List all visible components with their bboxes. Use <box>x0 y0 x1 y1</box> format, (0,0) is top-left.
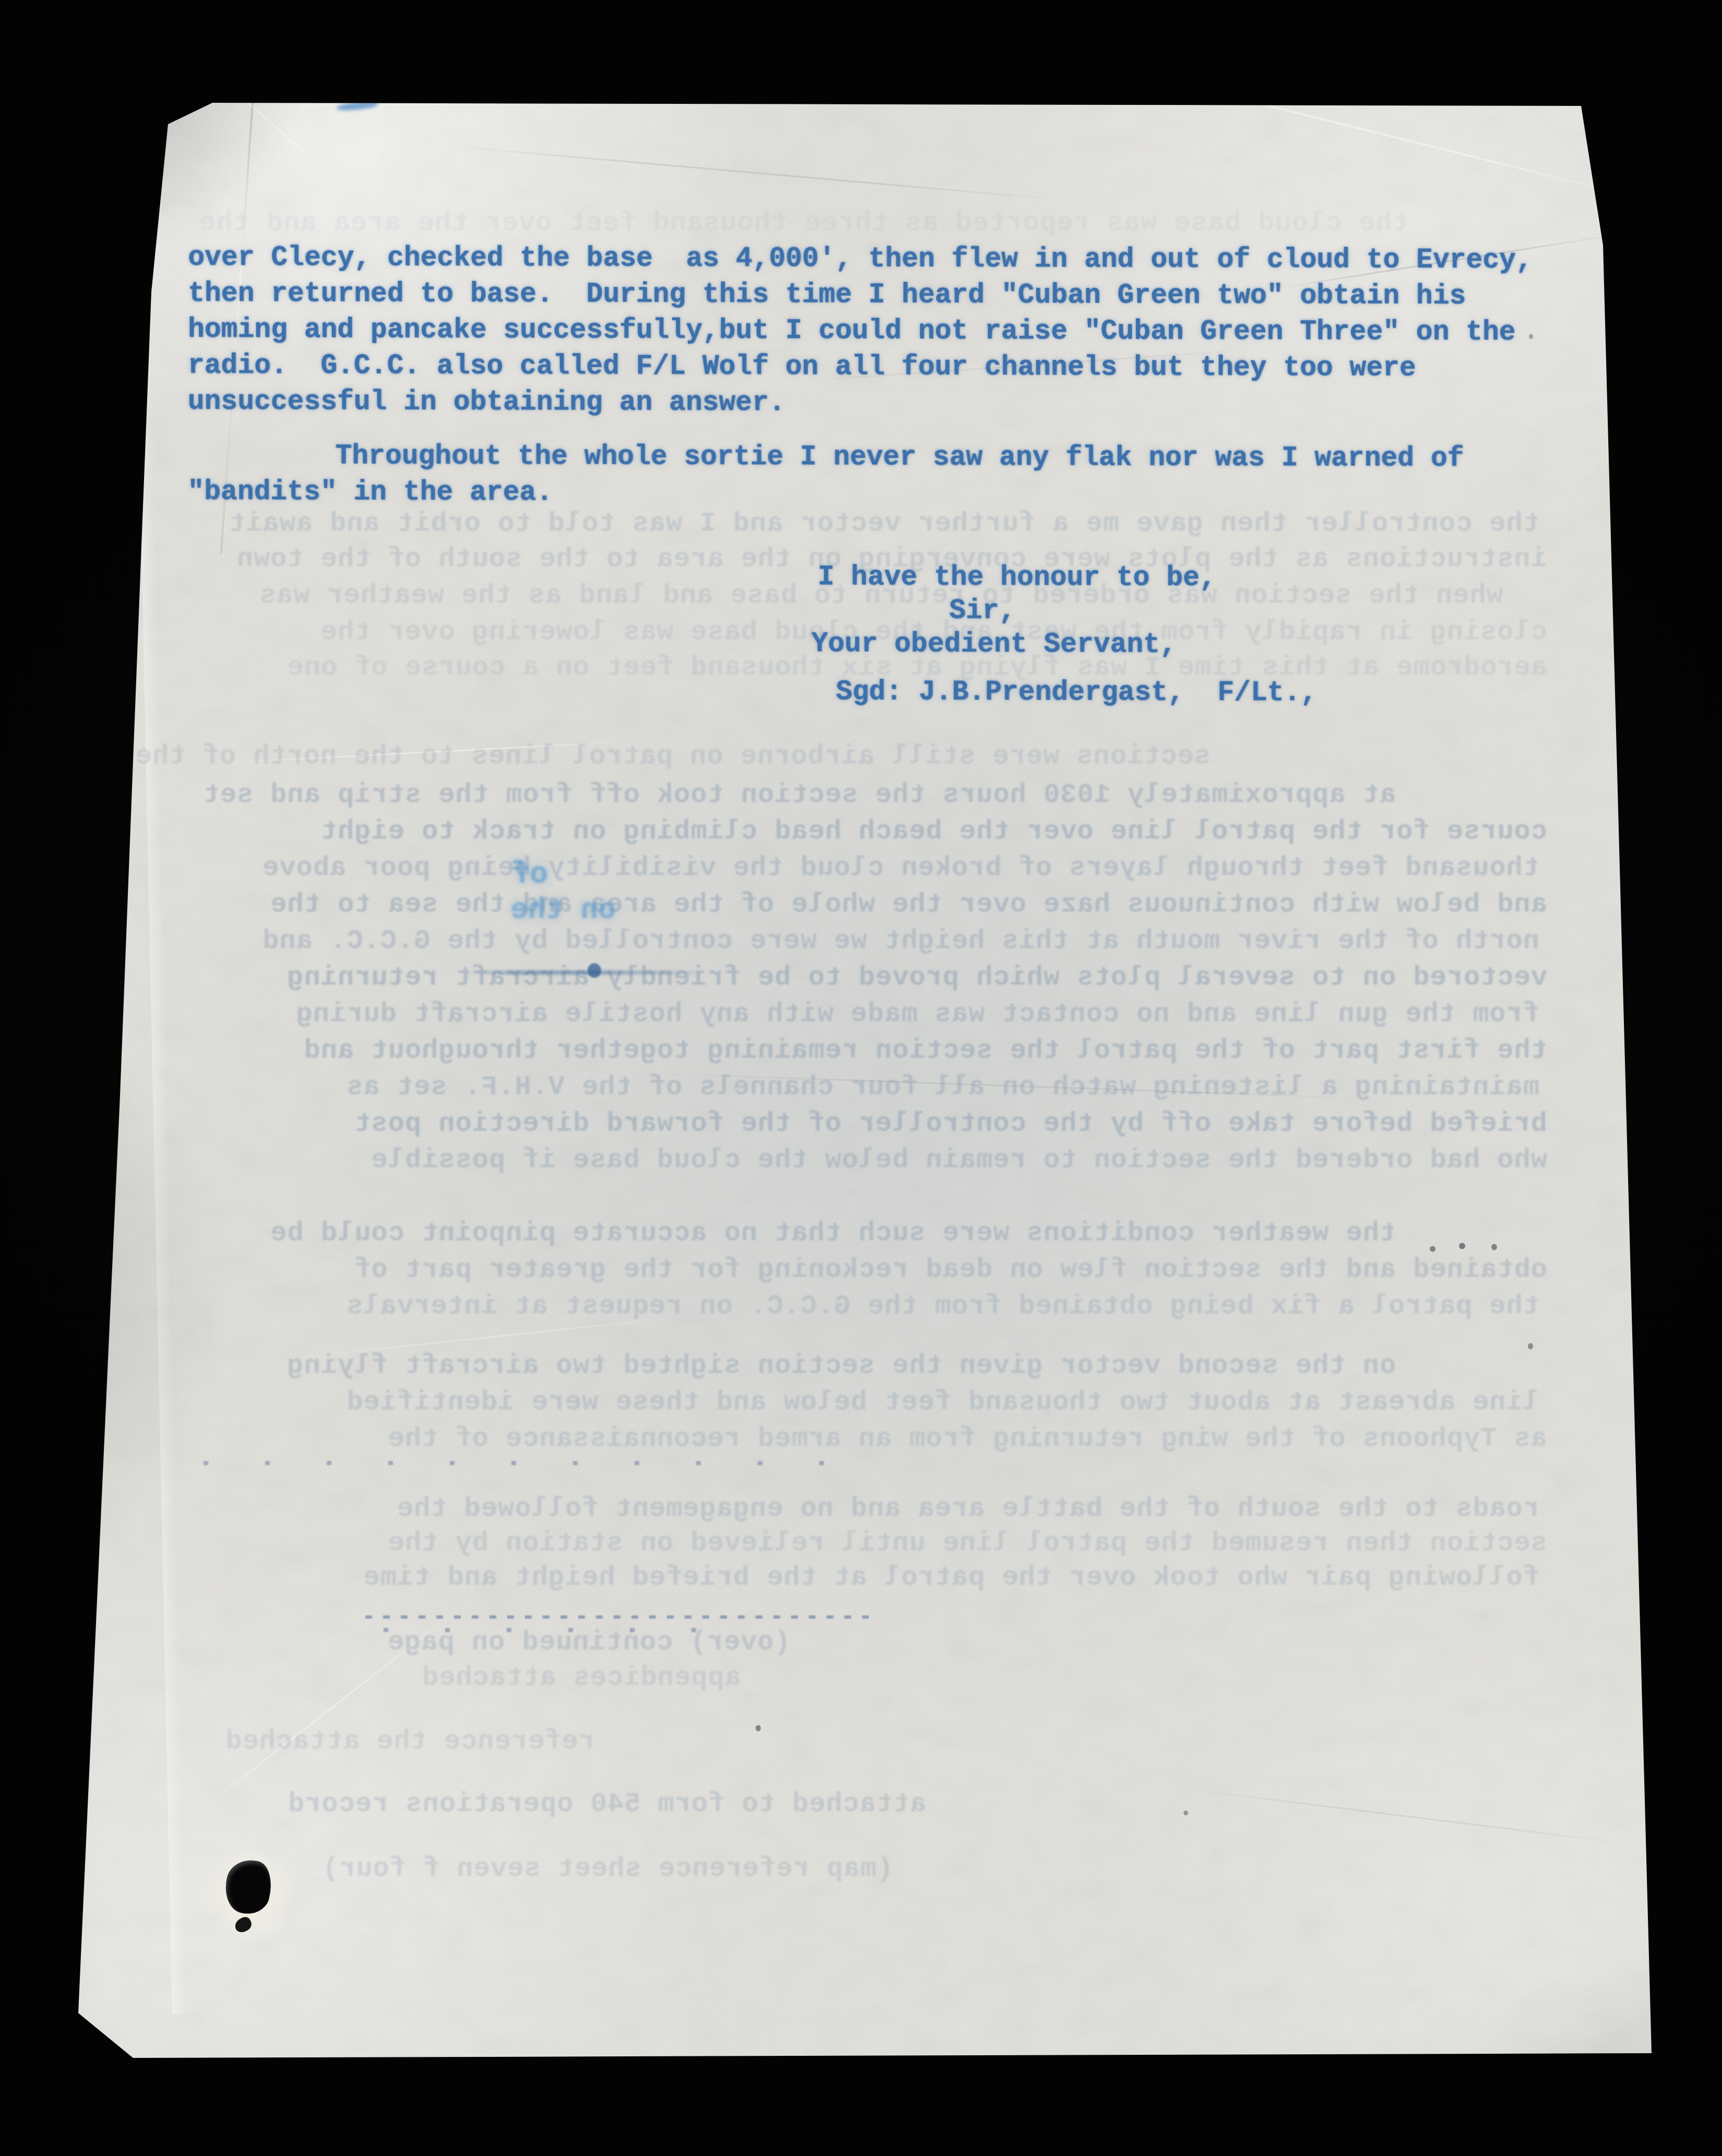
typed-text-line: "bandits" in the area. <box>187 478 553 506</box>
typed-text-line: homing and pancake successfully,but I co… <box>188 316 1516 346</box>
typed-text-line: Sgd: J.B.Prendergast, F/Lt., <box>835 678 1317 707</box>
typed-text-line: Sir, <box>949 597 1015 625</box>
typed-text-line: unsuccessful in obtaining an answer. <box>188 388 785 416</box>
typed-text-line: Throughout the whole sortie I never saw … <box>335 442 1464 473</box>
typed-text-line: then returned to base. During this time … <box>188 280 1466 310</box>
typed-text-line: radio. G.C.C. also called F/L Wolf on al… <box>188 352 1416 382</box>
typed-text-line: over Clecy, checked the base as 4,000', … <box>188 244 1532 274</box>
typed-text-layer: over Clecy, checked the base as 4,000', … <box>0 0 1722 2156</box>
document-page: the cloud base was reported as three tho… <box>0 0 1722 2156</box>
typed-text-line: Your obedient Servant, <box>811 630 1177 658</box>
typed-text-line: I have the honour to be, <box>818 564 1216 592</box>
scanner-background: the cloud base was reported as three tho… <box>0 0 1722 2156</box>
